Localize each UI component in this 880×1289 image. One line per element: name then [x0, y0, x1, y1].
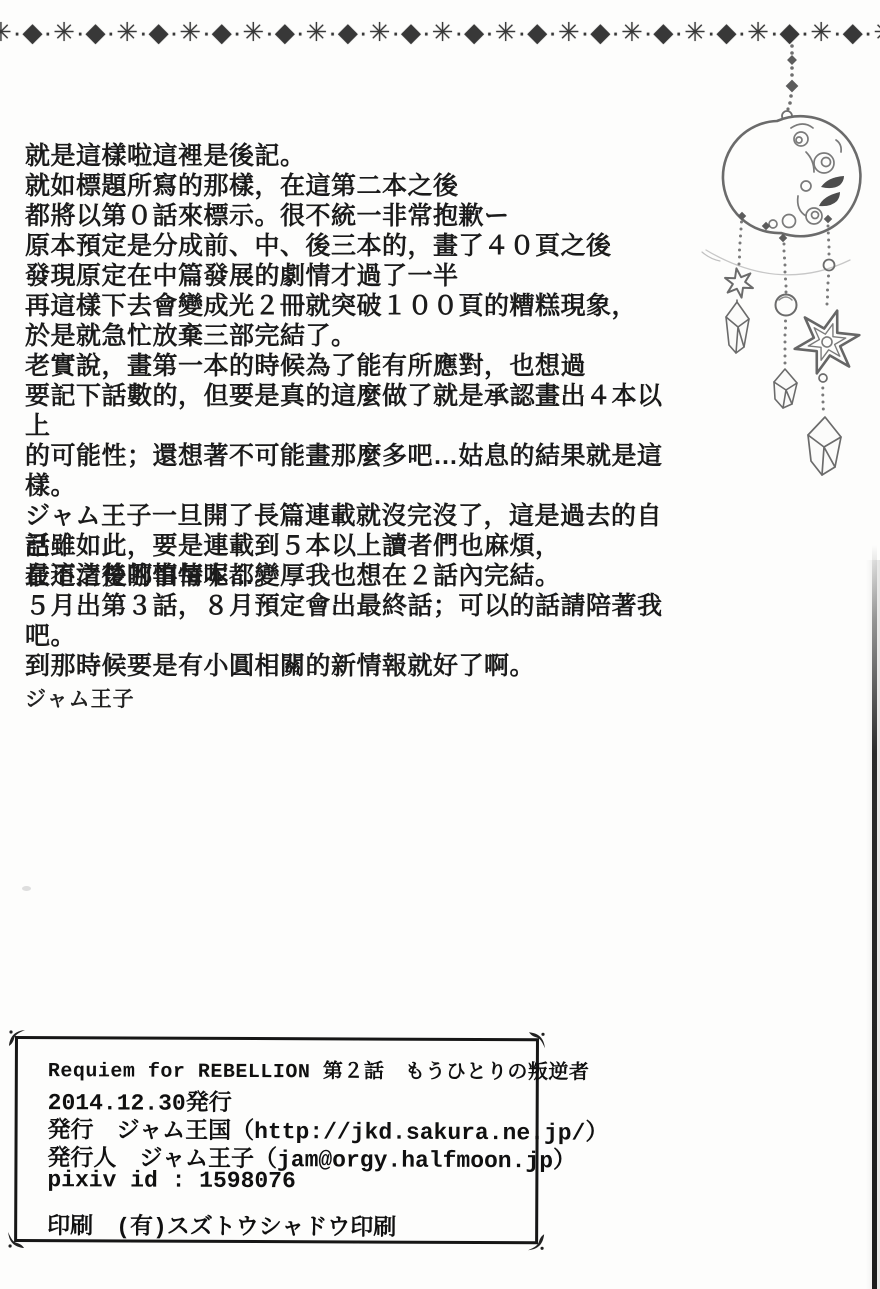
- afterword-page: { "page": { "background": "#fdfdfc", "in…: [0, 0, 880, 1289]
- colophon-box: Requiem for REBELLION 第２話 もうひとりの叛逆者 2014…: [14, 1036, 539, 1244]
- scan-smudge: [22, 886, 31, 891]
- right-string: [790, 225, 865, 476]
- crystal-pendant-icon: [808, 417, 841, 475]
- corner-flourish-icon: [527, 1233, 545, 1251]
- large-star-icon: [790, 302, 865, 382]
- middle-string: [774, 243, 797, 409]
- moon-ornament-illustration: [680, 40, 880, 490]
- corner-flourish-icon: [8, 1029, 26, 1047]
- author-signature: ジャム王子: [25, 683, 135, 713]
- corner-flourish-icon: [7, 1231, 25, 1249]
- colophon-title: Requiem for REBELLION 第２話 もうひとりの叛逆者: [48, 1053, 590, 1085]
- colophon-printer: 印刷 (有)スズトウシャドウ印刷: [47, 1207, 396, 1242]
- small-star-icon: [724, 266, 755, 300]
- crystal-pendant-icon: [774, 369, 797, 408]
- hanging-chain: [782, 44, 798, 121]
- crystal-pendant-icon: [726, 300, 749, 353]
- crescent-moon-icon: [723, 116, 860, 242]
- colophon-pixiv-id: pixiv id : 1598076: [47, 1167, 296, 1194]
- scan-edge-line: [872, 545, 877, 1289]
- left-string: [724, 221, 755, 354]
- corner-flourish-icon: [528, 1031, 546, 1049]
- afterword-paragraph-1: 就是這樣啦這裡是後記。 就如標題所寫的那樣，在這第二本之後 都將以第０話來標示。…: [25, 141, 685, 591]
- afterword-paragraph-2: 話雖如此，要是連載到５本以上讀者們也麻煩， 在這之後哪怕每本都變厚我也想在２話內…: [25, 531, 685, 681]
- bead-icon: [819, 374, 827, 382]
